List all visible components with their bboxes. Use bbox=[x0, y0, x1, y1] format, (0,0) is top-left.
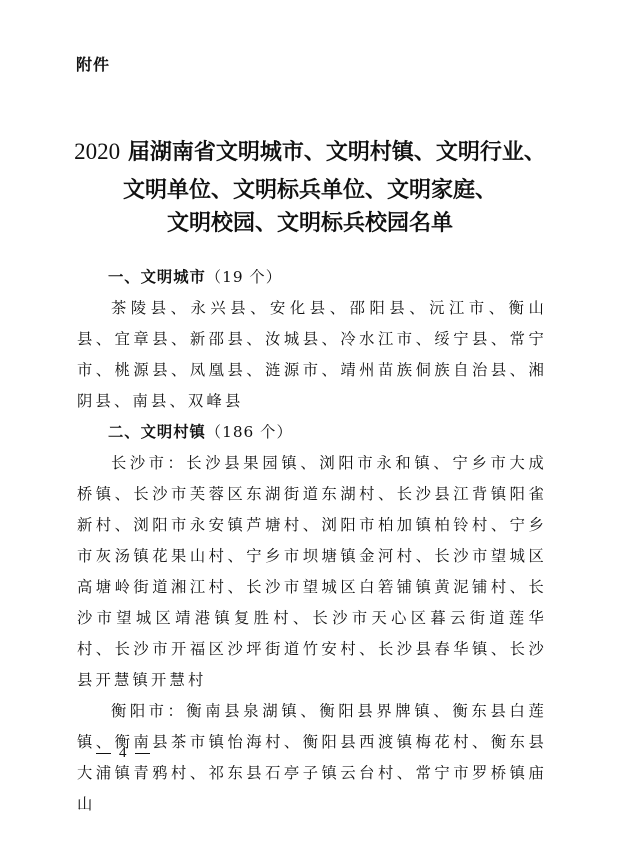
document-title-line-1: 2020 届湖南省文明城市、文明村镇、文明行业、 bbox=[0, 134, 620, 170]
dash-right bbox=[135, 753, 150, 754]
section-count: （186 个） bbox=[206, 423, 293, 441]
section-heading-text: 二、文明村镇 bbox=[108, 423, 206, 441]
paragraph-changsha: 长沙市：长沙县果园镇、浏阳市永和镇、宁乡市大成桥镇、长沙市芙蓉区东湖街道东湖村、… bbox=[77, 448, 547, 696]
section-heading-text: 一、文明城市 bbox=[108, 268, 206, 286]
section-heading-civilized-villages: 二、文明村镇（186 个） bbox=[77, 417, 547, 448]
section-heading-civilized-cities: 一、文明城市（19 个） bbox=[77, 262, 547, 293]
city-label: 长沙市： bbox=[111, 454, 186, 472]
document-page: 附件 2020 届湖南省文明城市、文明村镇、文明行业、 文明单位、文明标兵单位、… bbox=[0, 0, 620, 850]
title-line-1-text: 届湖南省文明城市、文明村镇、文明行业、 bbox=[128, 139, 546, 165]
document-title-line-2: 文明单位、文明标兵单位、文明家庭、 bbox=[0, 172, 620, 208]
page-number: 4 bbox=[88, 745, 158, 762]
section-count: （19 个） bbox=[206, 268, 282, 286]
dash-left bbox=[96, 753, 111, 754]
document-body: 一、文明城市（19 个） 茶陵县、永兴县、安化县、邵阳县、沅江市、衡山县、宜章县… bbox=[77, 262, 547, 820]
title-year: 2020 bbox=[74, 139, 120, 164]
page-number-text: 4 bbox=[119, 745, 127, 761]
city-label: 衡阳市： bbox=[111, 702, 186, 720]
document-title-line-3: 文明校园、文明标兵校园名单 bbox=[0, 205, 620, 241]
attachment-label: 附件 bbox=[76, 52, 110, 75]
paragraph-civilized-cities: 茶陵县、永兴县、安化县、邵阳县、沅江市、衡山县、宜章县、新邵县、汝城县、冷水江市… bbox=[77, 293, 547, 417]
city-entries: 长沙县果园镇、浏阳市永和镇、宁乡市大成桥镇、长沙市芙蓉区东湖街道东湖村、长沙县江… bbox=[77, 454, 547, 689]
